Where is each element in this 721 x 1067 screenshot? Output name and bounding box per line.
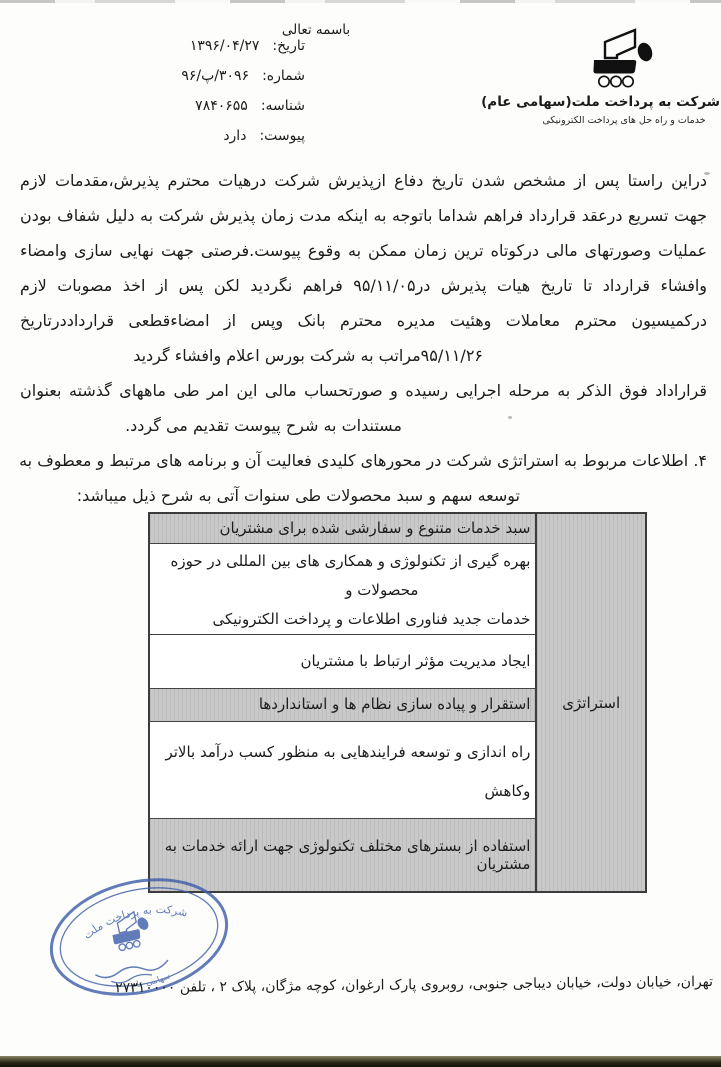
body-line: مستندات به شرح پیوست تقدیم می گردد. <box>20 408 707 443</box>
body-line: قراراداد فوق الذکر به مرحله اجرایی رسیده… <box>20 373 707 408</box>
table-row: راه اندازی و توسعه فرایندهایی به منظور ک… <box>150 721 535 818</box>
meta-row-number: شماره: ۳۰۹۶/پ/۹۶ <box>181 66 305 86</box>
body-line: درکمیسیون محترم معاملات وهئیت مدیره محتر… <box>20 303 707 338</box>
company-tagline: خدمات و راه حل های پرداخت الکترونیکی <box>528 115 720 126</box>
id-value: ۷۸۴۰۶۵۵ <box>195 96 248 116</box>
table-cell-line: هزینه ها <box>155 811 530 818</box>
body-line: عملیات وصورتهای مالی درکوتاه ترین زمان م… <box>20 233 707 268</box>
table-row: ایجاد مدیریت مؤثر ارتباط با مشتریان <box>150 634 535 688</box>
strategy-label: استراتژی <box>562 694 620 712</box>
meta-row-date: تاریخ: ۱۳۹۶/۰۴/۲۷ <box>181 36 305 56</box>
letterhead: شرکت به پرداخت ملت(سهامی عام) خدمات و را… <box>528 28 720 126</box>
body-line: توسعه سهم و سبد محصولات طی سنوات آتی به … <box>20 478 707 513</box>
strategy-table-items-column: سبد خدمات متنوع و سفارشی شده برای مشتریا… <box>150 514 535 891</box>
body-line: ۹۵/۱۱/۲۶مراتب به شرکت بورس اعلام وافشاء … <box>20 338 707 373</box>
letter-page: باسمه تعالی تاریخ: ۱۳۹۶/۰۴/۲۷ شماره: ۳۰۹… <box>0 0 721 1067</box>
letter-body: دراین راستا پس از مشخص شدن تاریخ دفاع از… <box>20 163 707 513</box>
date-value: ۱۳۹۶/۰۴/۲۷ <box>190 36 260 56</box>
letter-meta-block: تاریخ: ۱۳۹۶/۰۴/۲۷ شماره: ۳۰۹۶/پ/۹۶ شناسه… <box>181 36 305 156</box>
table-row: بهره گیری از تکنولوژی و همکاری های بین ا… <box>150 543 535 634</box>
table-cell-line: راه اندازی و توسعه فرایندهایی به منظور ک… <box>155 733 530 811</box>
table-row: استقرار و پیاده سازی نظام ها و استاندارد… <box>150 688 535 721</box>
table-cell-line: محصولات و <box>155 576 530 605</box>
attachment-value: دارد <box>223 126 246 146</box>
scan-edge-artifact-top <box>0 0 721 3</box>
number-label: شماره: <box>262 66 305 86</box>
table-cell-line: بهره گیری از تکنولوژی و همکاری های بین ا… <box>155 547 530 576</box>
body-line: جهت تسریع درعقد قرارداد فراهم شداما باتو… <box>20 198 707 233</box>
strategy-table: سبد خدمات متنوع و سفارشی شده برای مشتریا… <box>148 512 647 893</box>
table-row-header: سبد خدمات متنوع و سفارشی شده برای مشتریا… <box>150 514 535 543</box>
company-name: شرکت به پرداخت ملت(سهامی عام) <box>528 94 720 110</box>
table-cell-line: خدمات جدید فناوری اطلاعات و پرداخت الکتر… <box>155 605 530 634</box>
number-value: ۳۰۹۶/پ/۹۶ <box>181 66 249 86</box>
body-line: وافشاء قرارداد تا تاریخ هیات پذیرش در۹۵/… <box>20 268 707 303</box>
meta-row-attachment: پیوست: دارد <box>181 126 305 146</box>
attachment-label: پیوست: <box>259 126 305 146</box>
date-label: تاریخ: <box>272 36 305 56</box>
strategy-merged-cell: استراتژی <box>535 514 645 891</box>
body-line-item-4: ۴. اطلاعات مربوط به استراتژی شرکت در محو… <box>20 443 707 478</box>
body-line: دراین راستا پس از مشخص شدن تاریخ دفاع از… <box>20 163 707 198</box>
id-label: شناسه: <box>261 96 305 116</box>
meta-row-id: شناسه: ۷۸۴۰۶۵۵ <box>181 96 305 116</box>
scan-edge-artifact-bottom <box>0 1056 721 1067</box>
company-logo-icon <box>584 28 664 88</box>
